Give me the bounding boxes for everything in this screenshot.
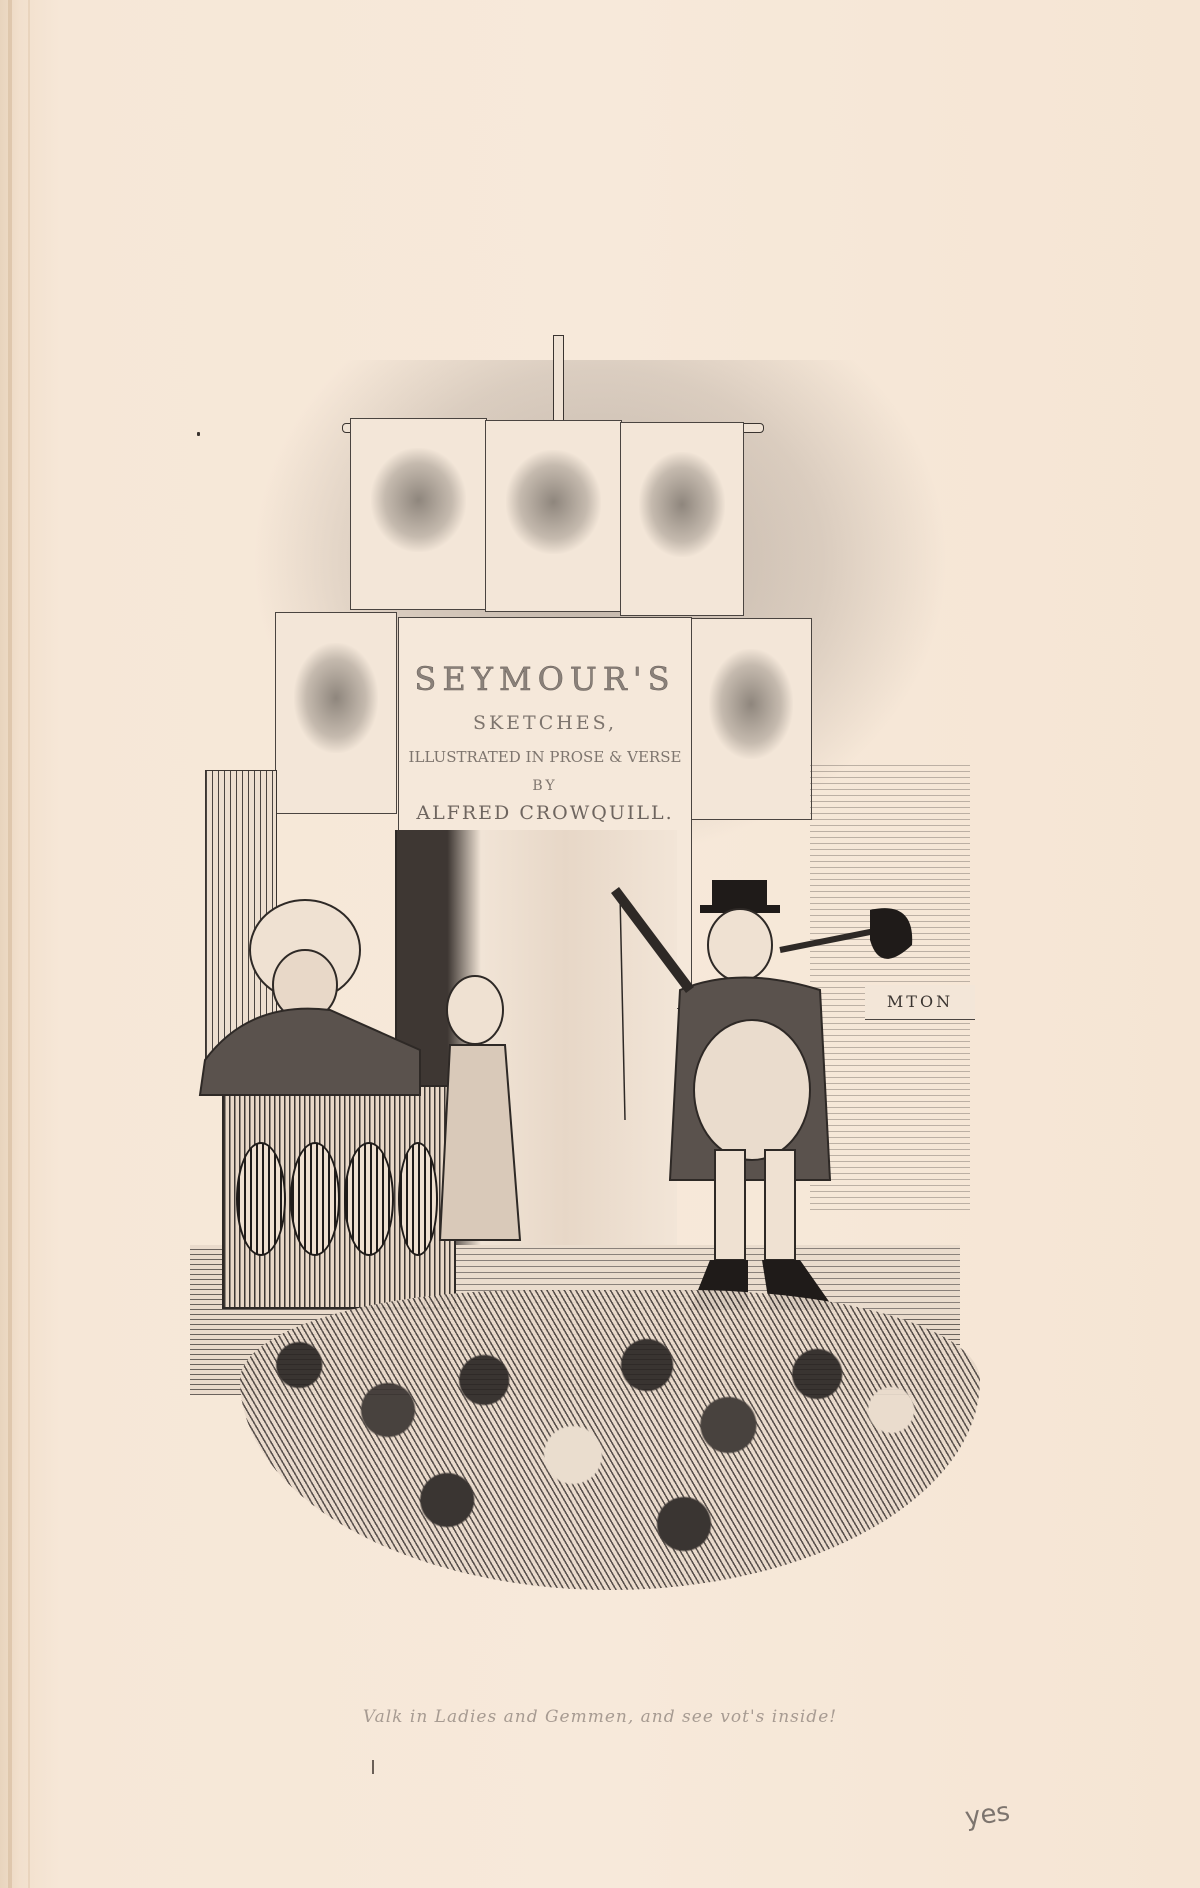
showman-figure (615, 880, 912, 1310)
figures-layer (0, 0, 1200, 1888)
woman-figure (200, 900, 420, 1095)
clown-figure (440, 976, 520, 1240)
engraving-caption: Valk in Ladies and Gemmen, and see vot's… (0, 1707, 1200, 1727)
paper-page: MTON SEYMOUR'S SKETCHES, ILLUSTRATED IN … (0, 0, 1200, 1888)
handwritten-note: yes (963, 1797, 1012, 1833)
pencil-mark (372, 1760, 374, 1774)
